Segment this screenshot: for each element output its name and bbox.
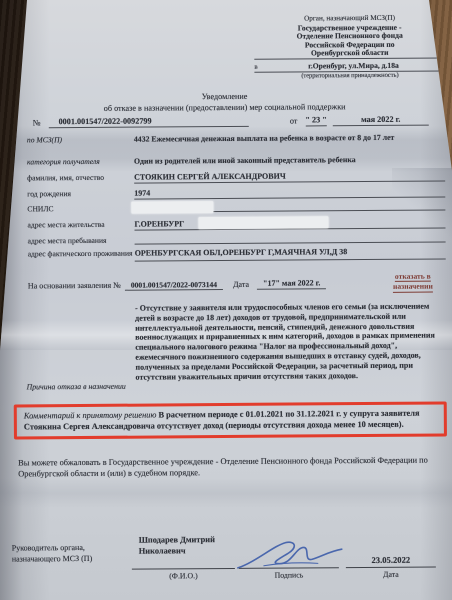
stay-value (135, 233, 446, 245)
signer-role-line2: назначающего МСЗ (П) (12, 553, 134, 565)
birth-year-value: 1974 (134, 186, 445, 199)
signer-role: Руководитель органа, назначающего МСЗ (П… (12, 542, 134, 565)
notice-day: " 23 " (305, 115, 326, 126)
actual-address-value: ОРЕНБУРГСКАЯ ОБЛ,ОРЕНБУРГ Г,МАЯЧНАЯ УЛ,Д… (135, 246, 446, 261)
application-prefix: На основании заявления № (28, 281, 121, 292)
field-row-stay: адрес места пребывания (28, 233, 446, 245)
org-address-prefix: в (254, 64, 261, 72)
field-row-birth-year: год рождения 1974 (27, 186, 445, 200)
redaction-box (131, 201, 213, 214)
fio-label: фамилия, имя, отчество (27, 173, 134, 185)
notice-number-line: № 0001.001547/2022-0092799 от " 23 " мая… (33, 115, 429, 129)
decision-line1: отказать в (395, 272, 431, 283)
decision-refuse-text: отказать в назначении (382, 271, 444, 292)
document-content: Орган, назначающий МСЗ(П) Государственно… (0, 0, 452, 600)
decision-line2: назначении (393, 282, 433, 293)
signature-date: 23.05.2022 (346, 555, 436, 566)
from-label: от (290, 116, 298, 126)
field-row-snils: СНИЛС (27, 201, 445, 213)
application-line: На основании заявления № 0001.001547/202… (28, 278, 380, 291)
notice-number: 0001.001547/2022-0092799 (49, 116, 249, 129)
fio-signature-line (132, 568, 235, 570)
application-date-label: Дата (233, 280, 249, 290)
signer-name: Шподарев Дмитрий Николаевич (139, 535, 239, 557)
field-row-fio: фамилия, имя, отчество СТОЯКИН СЕРГЕЙ АЛ… (27, 170, 445, 184)
document-paper: Орган, назначающий МСЗ(П) Государственно… (0, 0, 452, 600)
fio-caption: (Ф.И.О.) (132, 571, 235, 581)
msz-label: по МСЗ(П) (27, 135, 134, 145)
decision-comment-box: Комментарий к принятому решению В расчет… (14, 401, 447, 439)
date-caption: Дата (346, 570, 436, 580)
birth-year-label: год рождения (27, 189, 134, 201)
refusal-reason-text: - Отсутствие у заявителя или трудоспособ… (135, 301, 448, 382)
category-label: категория получателя (27, 157, 134, 167)
number-sign: № (33, 118, 41, 128)
snils-value (134, 201, 445, 213)
org-address-note: (территориальная принадлежность) (254, 71, 445, 80)
field-row-residence: адрес места жительства Г.ОРЕНБУРГ (27, 217, 445, 231)
date-signature-line (346, 567, 436, 569)
msz-value: 4432 Ежемесячная денежная выплата на реб… (134, 132, 445, 144)
notice-month-year: мая 2022 г. (333, 115, 429, 127)
stay-label: адрес места пребывания (28, 236, 135, 246)
snils-label: СНИЛС (27, 204, 134, 214)
photo-wood-background: Орган, назначающий МСЗ(П) Государственно… (0, 0, 452, 600)
signer-role-line1: Руководитель органа, (12, 542, 134, 554)
refusal-reason-label: Причина отказа в назначении (27, 382, 127, 392)
field-row-category: категория получателя Один из родителей и… (27, 154, 445, 167)
residence-value: Г.ОРЕНБУРГ (134, 217, 445, 230)
appeal-text: Вы можете обжаловать в Государственное у… (18, 454, 442, 479)
sign-caption: Подпись (239, 570, 339, 580)
comment-label: Комментарий к принятому решению (24, 410, 157, 420)
actual-address-label: адрес фактического проживания (28, 249, 135, 263)
org-name: Государственное учреждение - Отделение П… (254, 23, 445, 60)
org-name-line4: Оренбургской области (254, 48, 445, 58)
application-number: 0001.001547/2022-0073144 (125, 280, 223, 291)
residence-label: адрес места жительства (27, 220, 134, 232)
issuing-org-block: Орган, назначающий МСЗ(П) Государственно… (254, 14, 445, 79)
field-row-actual-address: адрес фактического проживания ОРЕНБУРГСК… (28, 246, 446, 262)
org-address: г.Оренбург, ул.Мира, д.18а (262, 62, 446, 72)
page-subtitle: об отказе в назначении (предоставлении) … (19, 102, 431, 115)
application-date: "17" мая 2022 г. (257, 278, 326, 289)
redaction-box (198, 216, 328, 229)
category-value: Один из родителей или иной законный пред… (134, 154, 445, 166)
residence-text: Г.ОРЕНБУРГ (134, 219, 184, 228)
field-row-msz: по МСЗ(П) 4432 Ежемесячная денежная выпл… (27, 132, 445, 144)
fio-value: СТОЯКИН СЕРГЕЙ АЛЕКСАНДРОВИЧ (134, 170, 445, 183)
